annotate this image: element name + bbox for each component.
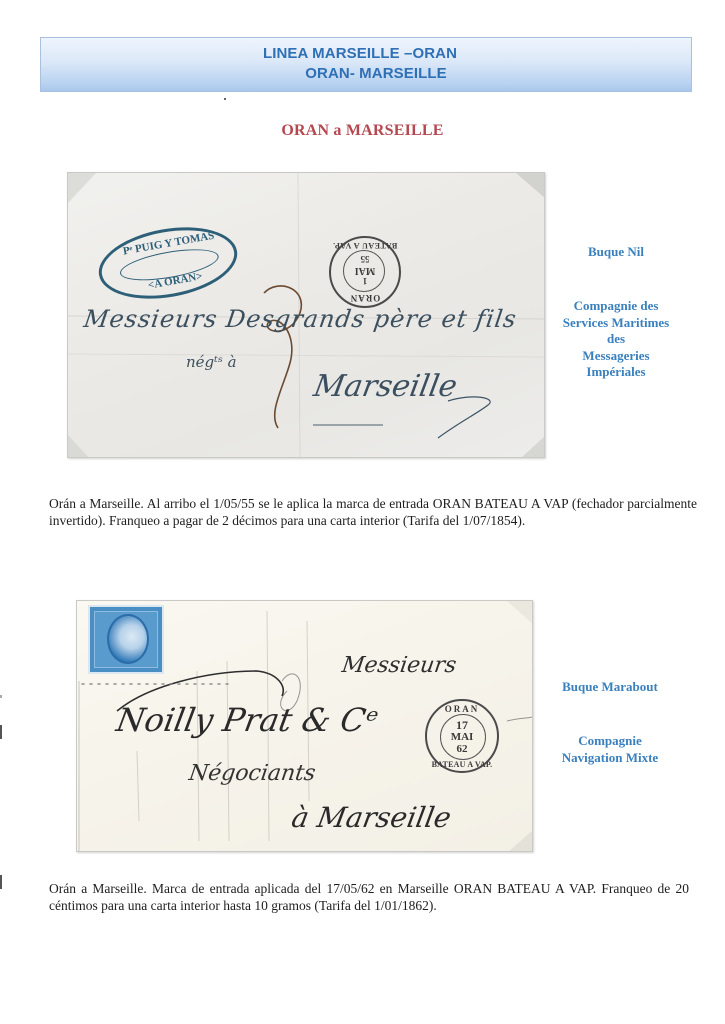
caption-1: Orán a Marseille. Al arribo el 1/05/55 s…: [49, 495, 697, 529]
handwritten-salutation: Messieurs: [340, 653, 458, 678]
header-title-line2: ORAN- MARSEILLE: [51, 65, 701, 82]
envelope-image-1: Pᵉ PUIG Y TOMAS <A ORAN> ORAN 1 MAI 55 B…: [67, 172, 545, 458]
shipping-company-1: Compagnie des Services Maritimes des Mes…: [540, 298, 692, 381]
postmark-year: 62: [427, 743, 497, 755]
postmark-top-text: ORAN: [427, 704, 497, 714]
postmark-year: 55: [331, 254, 399, 264]
handwritten-occupation: négᵗˢ à: [186, 353, 237, 371]
handwritten-city: à Marseille: [289, 801, 454, 834]
postmark-day: 1: [331, 276, 399, 286]
postmark-oran-bateau-1855: ORAN 1 MAI 55 BATEAU A VAP.: [329, 236, 401, 308]
company-line: Services Maritimes: [540, 315, 692, 332]
postmark-month: MAI: [427, 731, 497, 743]
caption-2: Orán a Marseille. Marca de entrada aplic…: [49, 880, 689, 914]
section-title: ORAN a MARSEILLE: [0, 122, 725, 140]
header-banner: LINEA MARSEILLE –ORAN ORAN- MARSEILLE: [40, 37, 692, 92]
postmark-bottom-text: BATEAU A VAP.: [331, 241, 399, 250]
scan-mark: [0, 875, 2, 889]
perforation-dots: [79, 683, 229, 685]
company-line: Impériales: [540, 364, 692, 381]
speck: [224, 98, 226, 100]
handwritten-addressee: Noilly Prat & Cᵉ: [114, 701, 381, 739]
company-line: Compagnie: [540, 733, 680, 750]
handwritten-addressee: Messieurs Desgrands père et fils: [82, 305, 519, 333]
envelope-image-2: ORAN 17 MAI 62 BATEAU A VAP. Messieurs N…: [76, 600, 533, 852]
scan-mark: [0, 695, 2, 698]
postmark-oran-bateau-1862: ORAN 17 MAI 62 BATEAU A VAP.: [425, 699, 499, 773]
stamp-portrait: [107, 614, 149, 664]
company-line: Compagnie des: [540, 298, 692, 315]
header-title-line1: LINEA MARSEILLE –ORAN: [35, 45, 685, 62]
ship-name-1: Buque Nil: [548, 244, 684, 261]
handwritten-city: Marseille: [311, 369, 460, 404]
postmark-top-text: ORAN: [331, 293, 399, 303]
company-line: des: [540, 331, 692, 348]
company-line: Navigation Mixte: [540, 750, 680, 767]
shipping-company-2: Compagnie Navigation Mixte: [540, 733, 680, 766]
scan-mark: [0, 725, 2, 739]
postmark-bottom-text: BATEAU A VAP.: [427, 760, 497, 769]
ship-name-2: Buque Marabout: [545, 679, 675, 696]
postmark-month: MAI: [331, 265, 399, 276]
postage-stamp-napoleon: [88, 605, 164, 674]
handwritten-occupation: Négociants: [187, 761, 317, 786]
company-line: Messageries: [540, 348, 692, 365]
